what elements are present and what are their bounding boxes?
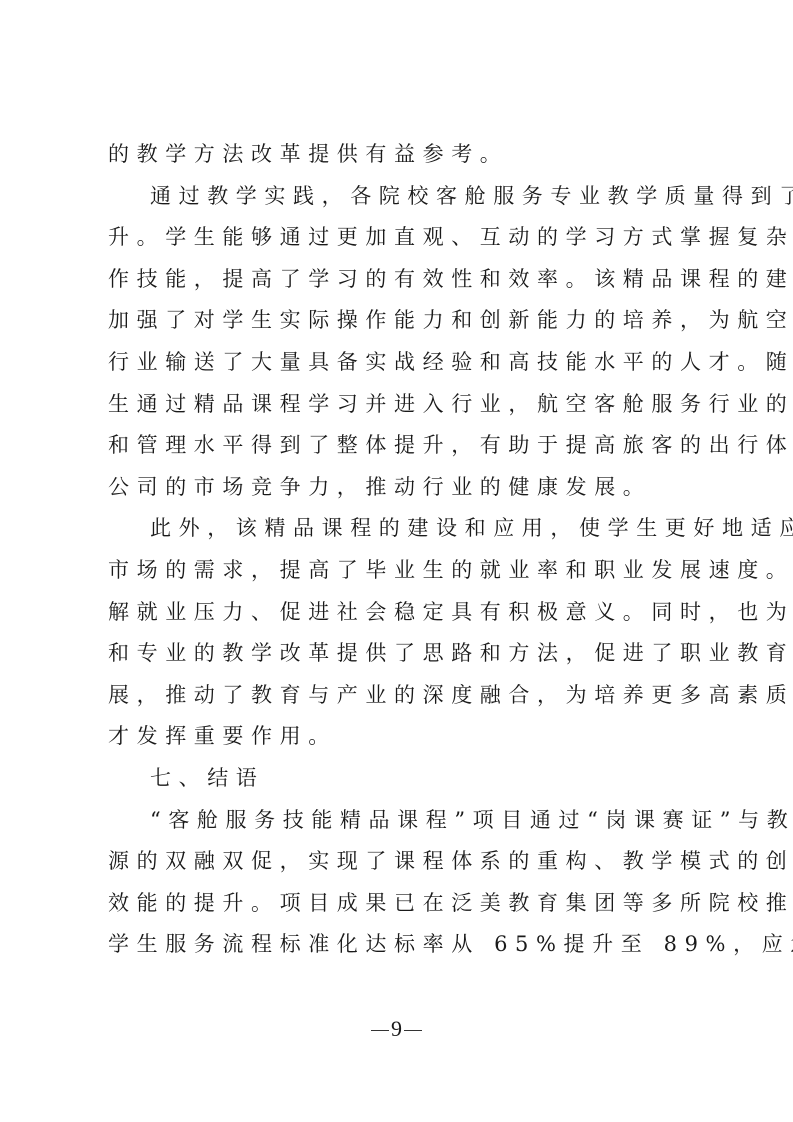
text-line: 才发挥重要作用。 [108, 716, 698, 758]
text-line: “客舱服务技能精品课程”项目通过“岗课赛证”与教学资 [108, 800, 698, 842]
text-line: 加强了对学生实际操作能力和创新能力的培养，为航空客舱服务 [108, 300, 698, 342]
text-line: 和管理水平得到了整体提升，有助于提高旅客的出行体验和航空 [108, 425, 698, 467]
text-line: 效能的提升。项目成果已在泛美教育集团等多所院校推广使用， [108, 883, 698, 925]
document-page: 的教学方法改革提供有益参考。 通过教学实践，各院校客舱服务专业教学质量得到了显著… [0, 0, 793, 1122]
text-line: 通过教学实践，各院校客舱服务专业教学质量得到了显著提 [108, 176, 698, 218]
text-line: 此外，该精品课程的建设和应用，使学生更好地适应了就业 [108, 508, 698, 550]
page-footer: 9 [0, 1016, 793, 1042]
text-line: 学生服务流程标准化达标率从 65%提升至 89%，应急反应速度提 [108, 924, 698, 966]
text-line: 生通过精品课程学习并进入行业，航空客舱服务行业的服务质量 [108, 384, 698, 426]
dash-right [404, 1030, 422, 1031]
text-line: 和专业的教学改革提供了思路和方法，促进了职业教育的整体发 [108, 633, 698, 675]
text-line: 公司的市场竞争力，推动行业的健康发展。 [108, 467, 698, 509]
paragraph-teaching-practice: 通过教学实践，各院校客舱服务专业教学质量得到了显著提 升。学生能够通过更加直观、… [108, 176, 698, 509]
text-line: 的教学方法改革提供有益参考。 [108, 134, 698, 176]
section-heading: 七、结语 [108, 758, 698, 800]
dash-left [371, 1030, 389, 1031]
paragraph-employment: 此外，该精品课程的建设和应用，使学生更好地适应了就业 市场的需求，提高了毕业生的… [108, 508, 698, 758]
text-line: 行业输送了大量具备实战经验和高技能水平的人才。随着更多学 [108, 342, 698, 384]
body-text: 的教学方法改革提供有益参考。 通过教学实践，各院校客舱服务专业教学质量得到了显著… [108, 134, 698, 966]
text-line: 市场的需求，提高了毕业生的就业率和职业发展速度。这对于缓 [108, 550, 698, 592]
page-number: 9 [391, 1016, 402, 1041]
paragraph-conclusion: “客舱服务技能精品课程”项目通过“岗课赛证”与教学资 源的双融双促，实现了课程体… [108, 800, 698, 966]
text-line: 展，推动了教育与产业的深度融合，为培养更多高素质的专业人 [108, 675, 698, 717]
text-line: 作技能，提高了学习的有效性和效率。该精品课程的建设和应用， [108, 259, 698, 301]
paragraph-continuation: 的教学方法改革提供有益参考。 [108, 134, 698, 176]
section-heading-conclusion: 七、结语 [108, 758, 698, 800]
text-line: 升。学生能够通过更加直观、互动的学习方式掌握复杂概念和操 [108, 217, 698, 259]
text-line: 解就业压力、促进社会稳定具有积极意义。同时，也为其他院校 [108, 592, 698, 634]
text-line: 源的双融双促，实现了课程体系的重构、教学模式的创新与教学 [108, 841, 698, 883]
